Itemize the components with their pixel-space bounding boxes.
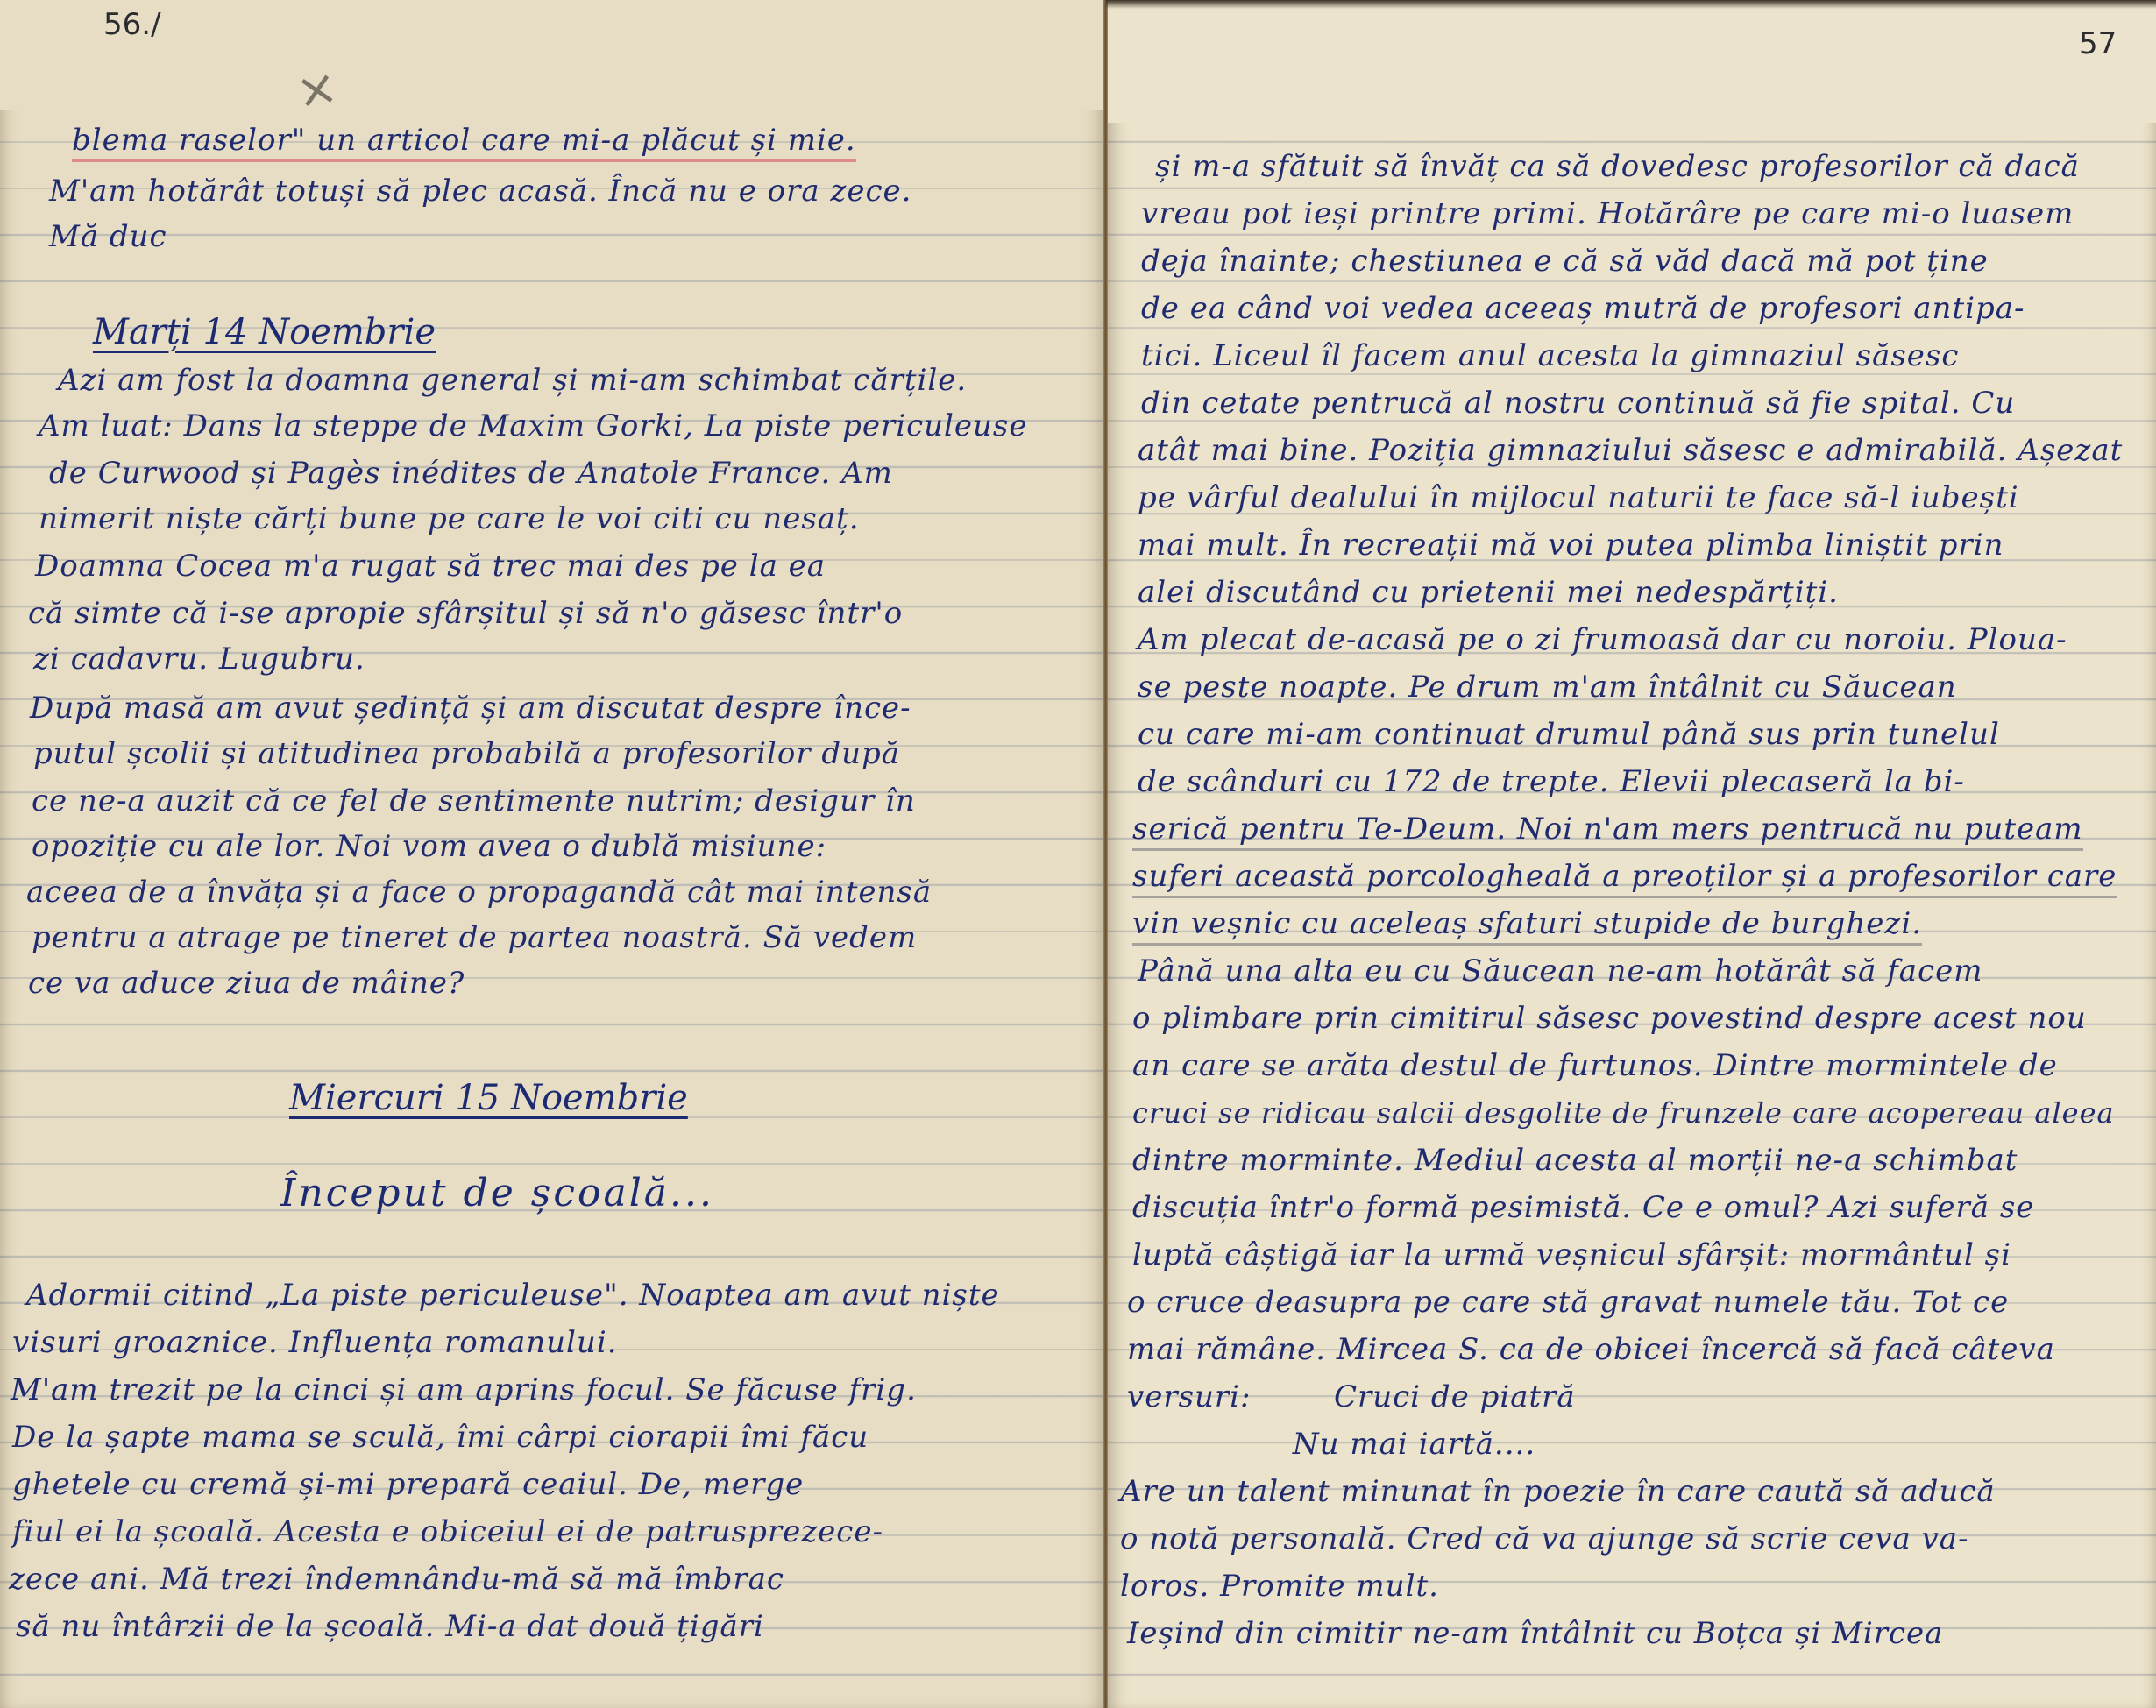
text-line: nimerit niște cărți bune pe care le voi … xyxy=(39,500,860,538)
text-line: o plimbare prin cimitirul săsesc povesti… xyxy=(1132,999,2087,1038)
text-line: mai mult. În recreații mă voi putea plim… xyxy=(1138,526,2004,564)
text-line: de scânduri cu 172 de trepte. Elevii ple… xyxy=(1138,762,1965,801)
text-line: să nu întârzii de la școală. Mi-a dat do… xyxy=(16,1607,764,1646)
text-line: ce va aduce ziua de mâine? xyxy=(28,964,465,1003)
text-line: Are un talent minunat în poezie în care … xyxy=(1120,1472,1996,1511)
text-line: De la șapte mama se sculă, îmi cârpi cio… xyxy=(12,1418,869,1456)
text-line: pe vârful dealului în mijlocul naturii t… xyxy=(1138,478,2019,517)
text-line: dintre morminte. Mediul acesta al morții… xyxy=(1132,1141,2018,1180)
text-line: de ea când voi vedea aceeaș mutră de pro… xyxy=(1141,289,2025,328)
text-line: După masă am avut ședință și am discutat… xyxy=(30,689,911,727)
text-line: loros. Promite mult. xyxy=(1120,1567,1439,1605)
text-line: alei discutând cu prietenii mei nedespăr… xyxy=(1138,573,1839,612)
text-line: cu care mi-am continuat drumul până sus … xyxy=(1138,715,2000,754)
text-line: M'am trezit pe la cinci și am aprins foc… xyxy=(11,1371,917,1409)
text-line: de Curwood și Pagès inédites de Anatole … xyxy=(49,454,893,493)
text-line: Am plecat de-acasă pe o zi frumoasă dar … xyxy=(1138,620,2067,659)
text-line: zi cadavru. Lugubru. xyxy=(33,640,365,678)
underlined-text: vin veșnic cu aceleaș sfaturi stupide de… xyxy=(1132,906,1922,946)
text-line: fiul ei la școală. Acesta e obiceiul ei … xyxy=(12,1513,883,1551)
text-line: Mă duc xyxy=(49,217,167,256)
text-line: M'am hotărât totuși să plec acasă. Încă … xyxy=(49,172,911,210)
text-line: luptă câștigă iar la urmă veșnicul sfârș… xyxy=(1132,1236,2011,1274)
text-line: discuția într'o formă pesimistă. Ce e om… xyxy=(1132,1188,2034,1227)
text-line: Nu mai iartă.... xyxy=(1127,1425,1535,1463)
text-line: atât mai bine. Poziția gimnaziului săses… xyxy=(1138,431,2123,470)
text-line: Azi am fost la doamna general și mi-am s… xyxy=(58,361,967,400)
text-line: Până una alta eu cu Săucean ne-am hotărâ… xyxy=(1138,952,1982,990)
right-page-top-margin xyxy=(1106,0,2156,123)
text-line: pentru a atrage pe tineret de partea noa… xyxy=(32,918,917,957)
text-line: serică pentru Te-Deum. Noi n'am mers pen… xyxy=(1132,810,2083,848)
text-line: ghetele cu cremă și-mi prepară ceaiul. D… xyxy=(12,1465,804,1504)
text-line: zece ani. Mă trezi îndemnându-mă să mă î… xyxy=(9,1560,784,1598)
text-line: și m-a sfătuit să învăț ca să dovedesc p… xyxy=(1155,147,2080,186)
text-line: Doamna Cocea m'a rugat să trec mai des p… xyxy=(35,547,826,585)
underlined-text: blema raselor" un articol care mi-a plăc… xyxy=(72,123,856,162)
text-line: versuri: Cruci de piatră xyxy=(1127,1378,1576,1416)
text-line: deja înainte; chestiunea e că să văd dac… xyxy=(1141,242,1989,280)
text-line: mai rămâne. Mircea S. ca de obicei încer… xyxy=(1127,1330,2055,1369)
notebook-binding-gutter xyxy=(1103,0,1108,1708)
text-line: Adormii citind „La piste periculeuse". N… xyxy=(26,1276,1000,1315)
page-number-right: 57 xyxy=(2079,26,2117,61)
text-line: din cetate pentrucă al nostru continuă s… xyxy=(1141,384,2015,422)
text-line: visuri groaznice. Influența romanului. xyxy=(12,1323,618,1362)
text-line: vin veșnic cu aceleaș sfaturi stupide de… xyxy=(1132,904,1922,943)
entry-heading-miercuri-15: Miercuri 15 Noembrie xyxy=(289,1078,688,1118)
text-line: o notă personală. Cred că va ajunge să s… xyxy=(1120,1520,1969,1558)
left-page-top-margin xyxy=(0,0,1106,110)
underlined-text: suferi această porcologheală a preoților… xyxy=(1132,859,2117,898)
text-line: opoziție cu ale lor. Noi vom avea o dubl… xyxy=(32,827,826,866)
page-top-edge-shadow xyxy=(1106,0,2156,9)
left-page: 56./ × blema raselor" un articol care mi… xyxy=(0,0,1106,1708)
text-line: aceea de a învăța și a face o propagandă… xyxy=(26,873,932,911)
text-line: suferi această porcologheală a preoților… xyxy=(1132,857,2117,896)
text-line: vreau pot ieși printre primi. Hotărâre p… xyxy=(1141,195,2074,233)
text-line: Am luat: Dans la steppe de Maxim Gorki, … xyxy=(39,407,1028,445)
page-number-left: 56./ xyxy=(103,7,161,42)
text-line: o cruce deasupra pe care stă gravat nume… xyxy=(1127,1283,2009,1322)
text-line: cruci se ridicau salcii desgolite de fru… xyxy=(1132,1094,2115,1132)
text-line: putul școlii și atitudinea probabilă a p… xyxy=(33,734,900,773)
text-line: ce ne-a auzit că ce fel de sentimente nu… xyxy=(32,782,916,820)
text-line: an care se arăta destul de furtunos. Din… xyxy=(1132,1046,2058,1085)
right-page: 57 și m-a sfătuit să învăț ca să dovedes… xyxy=(1106,0,2156,1708)
text-line: se peste noapte. Pe drum m'am întâlnit c… xyxy=(1138,668,1957,706)
text-line: că simte că i-se apropie sfârșitul și să… xyxy=(28,594,903,633)
entry-subheading: Început de școală... xyxy=(280,1171,714,1215)
entry-heading-marti-14: Marți 14 Noembrie xyxy=(93,312,436,352)
text-line: tici. Liceul îl facem anul acesta la gim… xyxy=(1141,337,1959,375)
underlined-text: serică pentru Te-Deum. Noi n'am mers pen… xyxy=(1132,811,2083,851)
text-line: blema raselor" un articol care mi-a plăc… xyxy=(72,121,856,159)
text-line: Ieșind din cimitir ne-am întâlnit cu Boț… xyxy=(1127,1614,1943,1653)
